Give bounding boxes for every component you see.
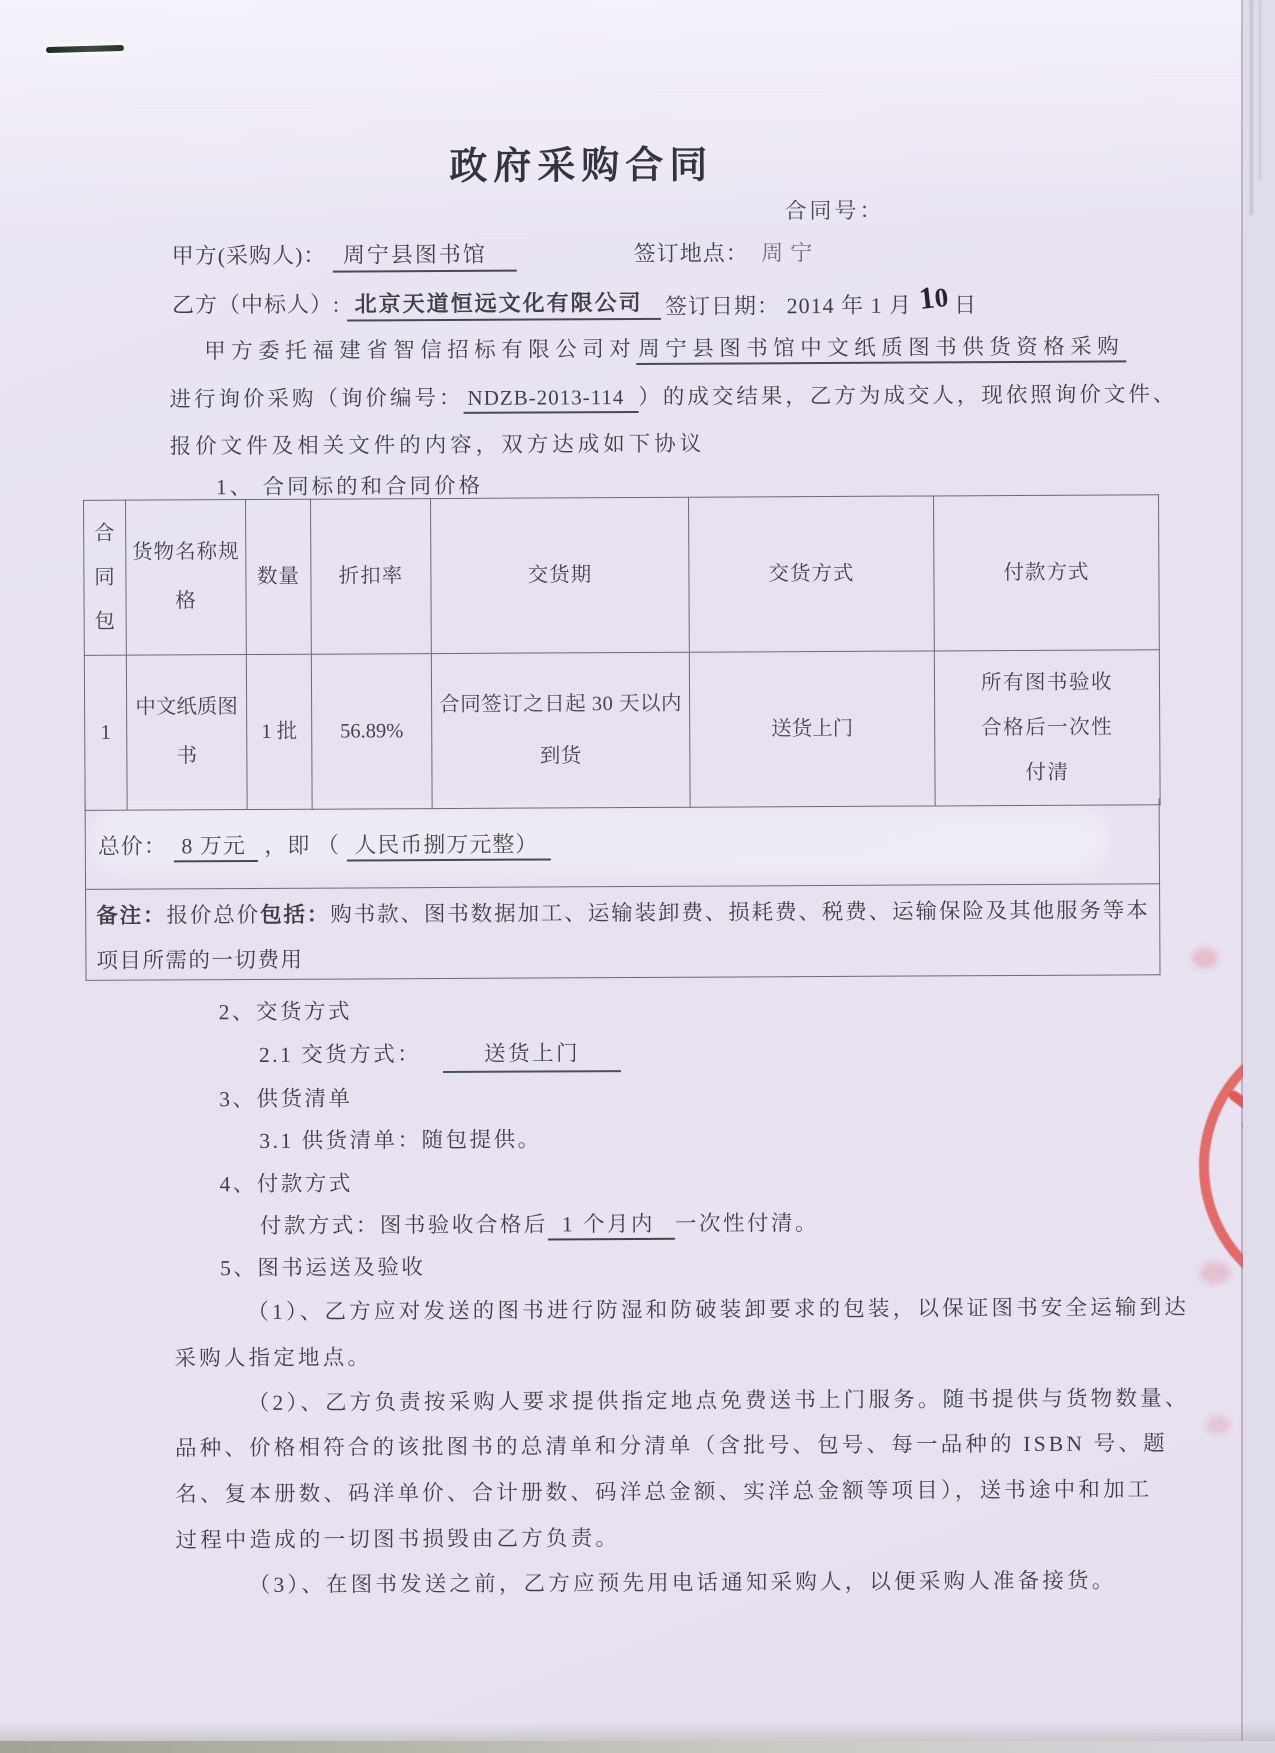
intro-line-2-pre: 进行询价采购（询价编号：: [169, 386, 463, 412]
party-a-label: 甲方(采购人)：: [172, 243, 327, 269]
clause-1-line-1: （1）、乙方应对发送的图书进行防湿和防破装卸要求的包装，以保证图书安全运输到达: [247, 1290, 1189, 1326]
table-header-row: 合同包 货物名称规格 数量 折扣率 交货期 交货方式 付款方式: [84, 495, 1160, 656]
total-amount: 8 万元: [173, 833, 258, 862]
section-1-heading: 1、 合同标的和合同价格: [216, 469, 483, 501]
clause-3-line-1: （3）、在图书发送之前，乙方应预先用电话通知采购人，以便采购人准备接货。: [249, 1564, 1117, 1600]
header-goods-name: 货物名称规格: [126, 500, 247, 656]
clause-2-line-4: 过程中造成的一切图书损毁由乙方负责。: [175, 1521, 620, 1554]
header-delivery-method: 交货方式: [689, 496, 935, 652]
red-ink-smudge: [1192, 948, 1218, 968]
party-b-label: 乙方（中标人）:: [172, 292, 340, 318]
bottom-paper-edge: [0, 1741, 1275, 1753]
intro-line-2: 进行询价采购（询价编号：NDZB-2013-114）的成交结果，乙方为成交人，现…: [169, 377, 1177, 413]
remark-include-label: 包括：: [260, 903, 330, 927]
payment-pre: 付款方式：图书验收合格后: [260, 1212, 548, 1238]
section-2-1-value: 送货上门: [443, 1036, 621, 1073]
scanner-background-strip: [1243, 0, 1275, 1753]
total-price-line: 总价： 8 万元 ，即 （ 人民币捌万元整）: [98, 827, 551, 860]
inquiry-code: NDZB-2013-114: [463, 385, 638, 414]
cell-payment: 所有图书验收合格后一次性付清: [934, 650, 1160, 806]
section-2-heading: 2、交货方式: [219, 994, 352, 1026]
clause-2-line-1: （2）、乙方负责按采购人要求提供指定地点免费送书上门服务。随书提供与货物数量、: [248, 1381, 1190, 1417]
sign-date-label: 签订日期：: [665, 293, 780, 319]
cell-discount: 56.89%: [311, 654, 432, 810]
remark-box: 备注：报价总价包括：购书款、图书数据加工、运输装卸费、损耗费、税费、运输保险及其…: [85, 883, 1160, 981]
remark-paragraph: 备注：报价总价包括：购书款、图书数据加工、运输装卸费、损耗费、税费、运输保险及其…: [86, 883, 1159, 984]
scan-streak: [1250, 0, 1253, 215]
header-goods-name-text: 货物名称规格: [130, 528, 243, 627]
bottom-scan-shadow: [0, 1722, 1275, 1742]
sign-place-row: 签订地点： 周宁: [634, 236, 820, 268]
total-mid-text: ，即 （: [264, 833, 340, 858]
header-discount: 折扣率: [311, 499, 432, 655]
section-4-payment-line: 付款方式：图书验收合格后1 个月内一次性付清。: [260, 1206, 819, 1240]
section-5-heading: 5、图书运送及验收: [220, 1250, 425, 1282]
cell-qty: 1 批: [246, 654, 312, 809]
remark-pre: 报价总价: [166, 903, 260, 927]
header-delivery-time: 交货期: [431, 497, 690, 653]
red-ink-smudge: [1200, 1262, 1230, 1284]
sign-place-value: 周宁: [761, 240, 819, 265]
sign-date-unit: 日: [954, 292, 977, 317]
cell-package: 1: [84, 655, 127, 810]
section-2-1-line: 2.1 交货方式： 送货上门: [259, 1036, 621, 1074]
scanned-contract-page: 政府采购合同 合同号： 甲方(采购人)： 周宁县图书馆 签订地点： 周宁 乙方（…: [0, 0, 1275, 1753]
cell-payment-text: 所有图书验收合格后一次性付清: [976, 660, 1119, 796]
contract-items-table: 合同包 货物名称规格 数量 折扣率 交货期 交货方式 付款方式 1 中文纸质图书…: [83, 494, 1161, 811]
contract-number-label: 合同号：: [784, 194, 884, 226]
clause-2-line-3: 名、复本册数、码洋单价、合计册数、码洋总金额、实洋总金额等项目），送书途中和加工: [175, 1472, 1152, 1508]
header-qty: 数量: [246, 499, 312, 654]
intro-line-2-post: ）的成交结果，乙方为成交人，现依照询价文件、: [638, 382, 1177, 409]
sign-date-printed: 2014 年 1 月: [786, 293, 912, 319]
sign-date-handwritten-day: 10: [917, 278, 950, 317]
clause-1-line-2: 采购人指定地点。: [174, 1340, 372, 1372]
section-2-1-label: 2.1 交货方式：: [259, 1042, 421, 1067]
section-3-1-line: 3.1 供货清单：随包提供。: [259, 1123, 541, 1155]
header-package: 合同包: [84, 500, 127, 655]
section-4-heading: 4、付款方式: [220, 1166, 353, 1198]
sign-place-label: 签订地点：: [634, 240, 749, 266]
intro-line-3: 报价文件及相关文件的内容，双方达成如下协议: [170, 427, 706, 461]
sign-date-row: 签订日期： 2014 年 1 月 10 日: [665, 284, 977, 322]
cell-delivery-method: 送货上门: [689, 651, 935, 807]
party-a-row: 甲方(采购人)： 周宁县图书馆: [172, 238, 517, 271]
party-b-name: 北京天道恒远文化有限公司: [347, 290, 661, 322]
intro-line-1-pre: 甲方委托福建省智信招标有限公司对: [204, 337, 636, 363]
clause-2-line-2: 品种、价格相符合的该批图书的总清单和分清单（含批号、包号、每一品种的 ISBN …: [175, 1426, 1168, 1462]
section-3-heading: 3、供货清单: [219, 1081, 352, 1113]
party-b-row: 乙方（中标人）: 北京天道恒远文化有限公司: [172, 286, 661, 320]
cell-goods-name: 中文纸质图书: [126, 655, 247, 811]
total-price-box: 总价： 8 万元 ，即 （ 人民币捌万元整）: [85, 798, 1160, 890]
scan-streak: [1259, 0, 1261, 180]
total-label: 总价：: [98, 833, 167, 858]
remark-label: 备注：: [96, 903, 166, 927]
total-amount-chinese: 人民币捌万元整）: [346, 831, 550, 861]
contract-content: 政府采购合同 合同号： 甲方(采购人)： 周宁县图书馆 签订地点： 周宁 乙方（…: [0, 0, 1275, 1753]
table-data-row: 1 中文纸质图书 1 批 56.89% 合同签订之日起 30 天以内到货 送货上…: [84, 650, 1160, 811]
intro-line-1-underlined: 周宁县图书馆中文纸质图书供货资格采购: [636, 334, 1126, 365]
cell-delivery-time-text: 合同签订之日起 30 天以内到货: [435, 678, 686, 783]
document-title: 政府采购合同: [0, 131, 1166, 192]
red-ink-smudge: [1206, 1416, 1230, 1434]
party-a-name: 周宁县图书馆: [333, 242, 517, 273]
payment-post: 一次性付清。: [675, 1211, 819, 1236]
header-payment: 付款方式: [934, 495, 1160, 651]
cell-goods-name-text: 中文纸质图书: [130, 683, 243, 782]
cell-delivery-time: 合同签订之日起 30 天以内到货: [431, 652, 690, 808]
payment-period: 1 个月内: [548, 1212, 675, 1241]
intro-line-1: 甲方委托福建省智信招标有限公司对周宁县图书馆中文纸质图书供货资格采购: [204, 329, 1126, 365]
